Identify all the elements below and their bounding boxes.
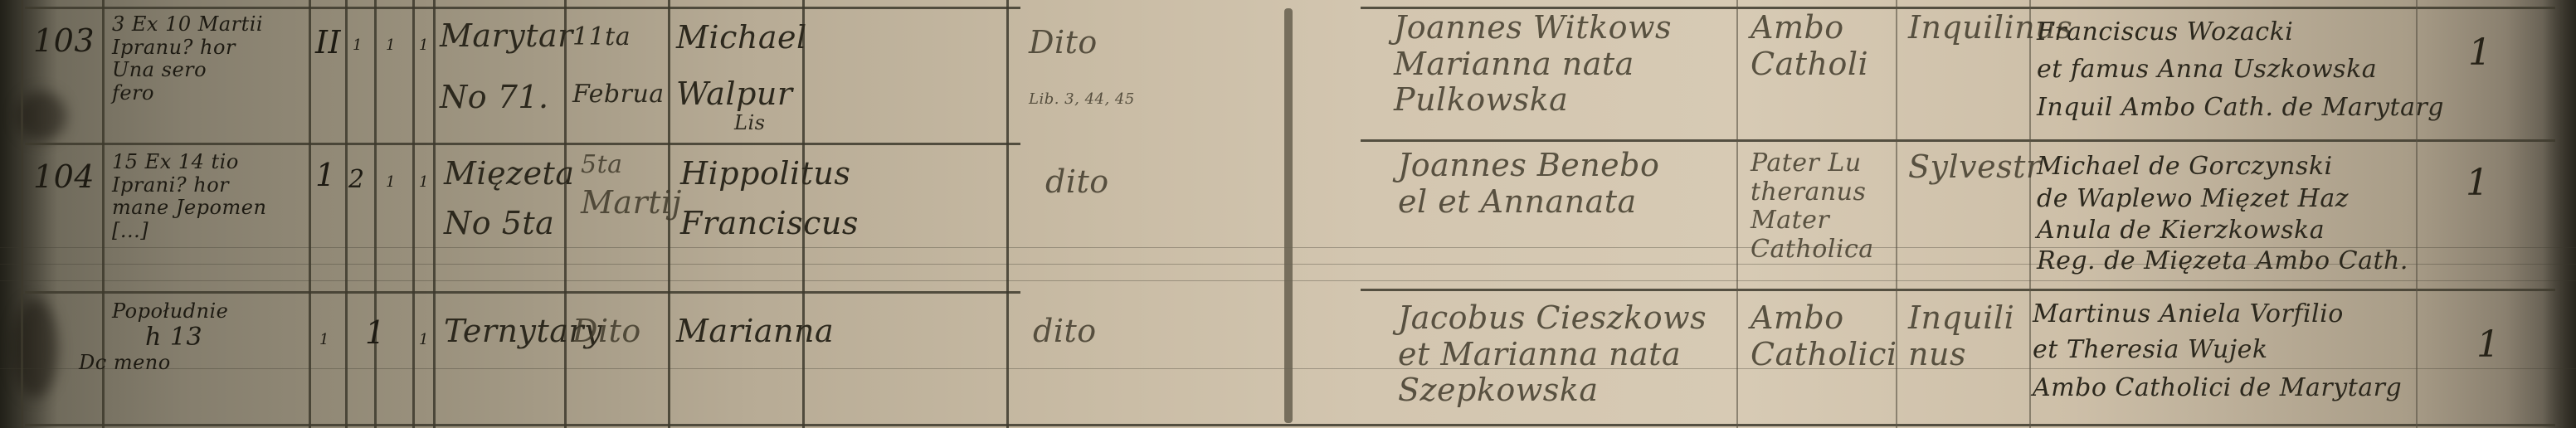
tally-mark: 1	[2466, 162, 2489, 204]
religion-cell: Ambo Catholici	[1751, 300, 1897, 372]
cell-line: Reg. de Mięzeta Ambo Cath.	[2037, 247, 2408, 276]
godparents-cell: Michael de Gorczynski de Waplewo Mięzet …	[2037, 153, 2408, 275]
cell-line: Sylvestr	[1908, 149, 2042, 186]
row-divider-2-right	[1361, 289, 2555, 291]
entry-number: 103	[33, 23, 95, 60]
cell-line: Marianna	[676, 314, 834, 350]
cell-line: Marianna nata	[1394, 46, 1672, 83]
cell-line: el et Annanata	[1398, 184, 1659, 221]
row-divider-top-left	[25, 7, 1020, 9]
tally-mark: 1	[2476, 323, 2500, 366]
cell-line: Una sero	[112, 59, 263, 82]
cell-line: Anula de Kierzkowska	[2037, 216, 2408, 246]
child-name-cell: Hippolitus Franciscus	[680, 156, 859, 241]
cell-line: Pater Lu	[1751, 149, 1874, 178]
religion-cell: Ambo Catholi	[1751, 10, 1868, 82]
cell-line: nus	[1908, 337, 2014, 373]
village-cell: Mięzeta No 5ta	[444, 156, 575, 241]
row-divider-1-right	[1361, 139, 2555, 142]
cell-line: 3 Ex 10 Martii	[112, 13, 263, 36]
cell-line: Franciscus	[680, 206, 859, 242]
cell-line: Joannes Benebo	[1398, 148, 1659, 184]
page-gutter-rule	[1284, 8, 1293, 423]
date-cell: 5ta Martij	[581, 151, 682, 221]
cell-line: Mater	[1751, 207, 1874, 236]
narrow-col-value: 2	[348, 166, 365, 195]
cell-line: Franciscus Wozacki	[2037, 18, 2444, 47]
binding-shadow-right	[2543, 0, 2576, 428]
cell-line: Februa	[572, 80, 665, 109]
row-divider-bottom	[25, 424, 2555, 426]
cell-line: dito	[1033, 314, 1097, 350]
birth-baptism-cell: 15 Ex 14 tio Iprani? hor mane Jepomen [.…	[112, 151, 266, 242]
cell-line: [...]	[112, 220, 266, 243]
column-rule	[2029, 0, 2031, 428]
entry-number-text: 103	[33, 22, 95, 59]
cell-line: de Waplewo Mięzet Haz	[2037, 185, 2408, 214]
child-name-cell: Michael Walpur Lis	[676, 20, 807, 135]
cell-line: Catholi	[1751, 46, 1868, 83]
cell-line: 11ta	[572, 23, 665, 52]
cell-line: Mięzeta	[444, 156, 575, 192]
cell-line: Szepkowska	[1398, 372, 1707, 409]
village-cell: Marytar No 71.	[440, 18, 573, 115]
column-rule	[309, 0, 311, 428]
cell-line: Michael	[676, 20, 807, 56]
birth-baptism-cell: 3 Ex 10 Martii Ipranu? hor Una sero fero	[112, 13, 263, 105]
cell-line: Lib. 3, 44, 45	[1029, 91, 1135, 109]
ink-blot	[12, 299, 58, 398]
cell-line: 5ta	[581, 151, 682, 180]
cell-line: Catholici	[1751, 337, 1897, 373]
narrow-col-value: 1	[419, 37, 429, 55]
column-rule	[345, 0, 348, 428]
narrow-col-value: 1	[386, 174, 396, 192]
cell-line: No 5ta	[444, 206, 575, 242]
remark-cell: dito	[1033, 314, 1097, 350]
date-cell: 11ta Februa	[572, 23, 665, 109]
cell-line: Martinus Aniela Vorfilio	[2033, 300, 2402, 329]
register-page: 103 3 Ex 10 Martii Ipranu? hor Una sero …	[0, 0, 2576, 428]
column-rule	[1736, 0, 1738, 428]
cell-line: No 71.	[440, 80, 573, 116]
entry-number-text: 104	[33, 158, 95, 195]
cell-line: et Theresia Wujek	[2033, 336, 2402, 365]
cell-line: dito	[1045, 164, 1109, 201]
cell-line: Martij	[581, 185, 682, 221]
cell-line: Dito	[572, 314, 641, 350]
column-rule	[21, 0, 23, 428]
ink-blot	[17, 91, 66, 141]
parents-cell: Jacobus Cieszkows et Marianna nata Szepk…	[1398, 300, 1707, 409]
cell-line: Jacobus Cieszkows	[1398, 300, 1707, 337]
cell-line: Dc meno	[79, 352, 228, 375]
status-cell: Inquili nus	[1908, 300, 2014, 372]
entry-number: 104	[33, 159, 95, 196]
narrow-col-value: 1	[353, 37, 363, 55]
narrow-col-value: 1	[419, 174, 429, 192]
birth-baptism-cell: Popołudnie h 13 Dc meno	[112, 300, 228, 375]
status-cell: Sylvestr	[1908, 149, 2042, 186]
cell-line: Inquil Ambo Cath. de Marytarg	[2037, 94, 2444, 123]
religion-cell: Pater Lu theranus Mater Catholica	[1751, 149, 1874, 264]
narrow-col-value: II	[315, 25, 341, 61]
narrow-col-value: 1	[315, 158, 336, 194]
cell-line: Ambo	[1751, 300, 1897, 337]
date-cell: Dito	[572, 314, 641, 350]
narrow-col-value: 1	[419, 332, 429, 349]
cell-line: Catholica	[1751, 236, 1874, 265]
column-rule	[1006, 0, 1009, 428]
narrow-col-value: 1	[386, 37, 396, 55]
parents-cell: Joannes Witkows Marianna nata Pulkowska	[1394, 10, 1672, 119]
row-divider-2-left	[25, 291, 1020, 294]
narrow-col-value: 1	[319, 332, 329, 349]
cell-line: mane Jepomen	[112, 197, 266, 220]
cell-line: et Marianna nata	[1398, 337, 1707, 373]
cell-line: Walpur	[676, 76, 807, 113]
cell-line: et famus Anna Uszkowska	[2037, 56, 2444, 85]
godparents-cell: Martinus Aniela Vorfilio et Theresia Wuj…	[2033, 300, 2402, 403]
cell-line: theranus	[1751, 178, 1874, 207]
cell-line: Ambo Catholici de Marytarg	[2033, 374, 2402, 403]
cell-line: Lis	[734, 112, 807, 135]
cell-line: Michael de Gorczynski	[2037, 153, 2408, 182]
column-rule	[433, 0, 436, 428]
cell-line: Ipranu? hor	[112, 36, 263, 60]
cell-line: Hippolitus	[680, 156, 859, 192]
parents-cell: Joannes Benebo el et Annanata	[1398, 148, 1659, 220]
remark-cell: dito	[1045, 164, 1109, 201]
cell-line: Joannes Witkows	[1394, 10, 1672, 46]
narrow-col-value: 1	[365, 315, 386, 352]
column-rule	[374, 0, 377, 428]
cell-line: Iprani? hor	[112, 174, 266, 197]
cell-line: h 13	[145, 323, 228, 353]
tally-mark: 1	[2468, 32, 2491, 74]
godparents-cell: Franciscus Wozacki et famus Anna Uszkows…	[2037, 18, 2444, 123]
cell-line: fero	[112, 82, 263, 105]
remark-cell: Dito Lib. 3, 44, 45	[1029, 25, 1135, 108]
child-name-cell: Marianna	[676, 314, 834, 350]
cell-line: Marytar	[440, 18, 573, 55]
row-divider-1-left	[25, 143, 1020, 145]
cell-line: Popołudnie	[112, 300, 228, 323]
cell-line: Ambo	[1751, 10, 1868, 46]
cell-line: 15 Ex 14 tio	[112, 151, 266, 174]
column-rule	[412, 0, 415, 428]
cell-line: Pulkowska	[1394, 82, 1672, 119]
cell-line: Dito	[1029, 25, 1135, 61]
cell-line: Inquili	[1908, 300, 2014, 337]
